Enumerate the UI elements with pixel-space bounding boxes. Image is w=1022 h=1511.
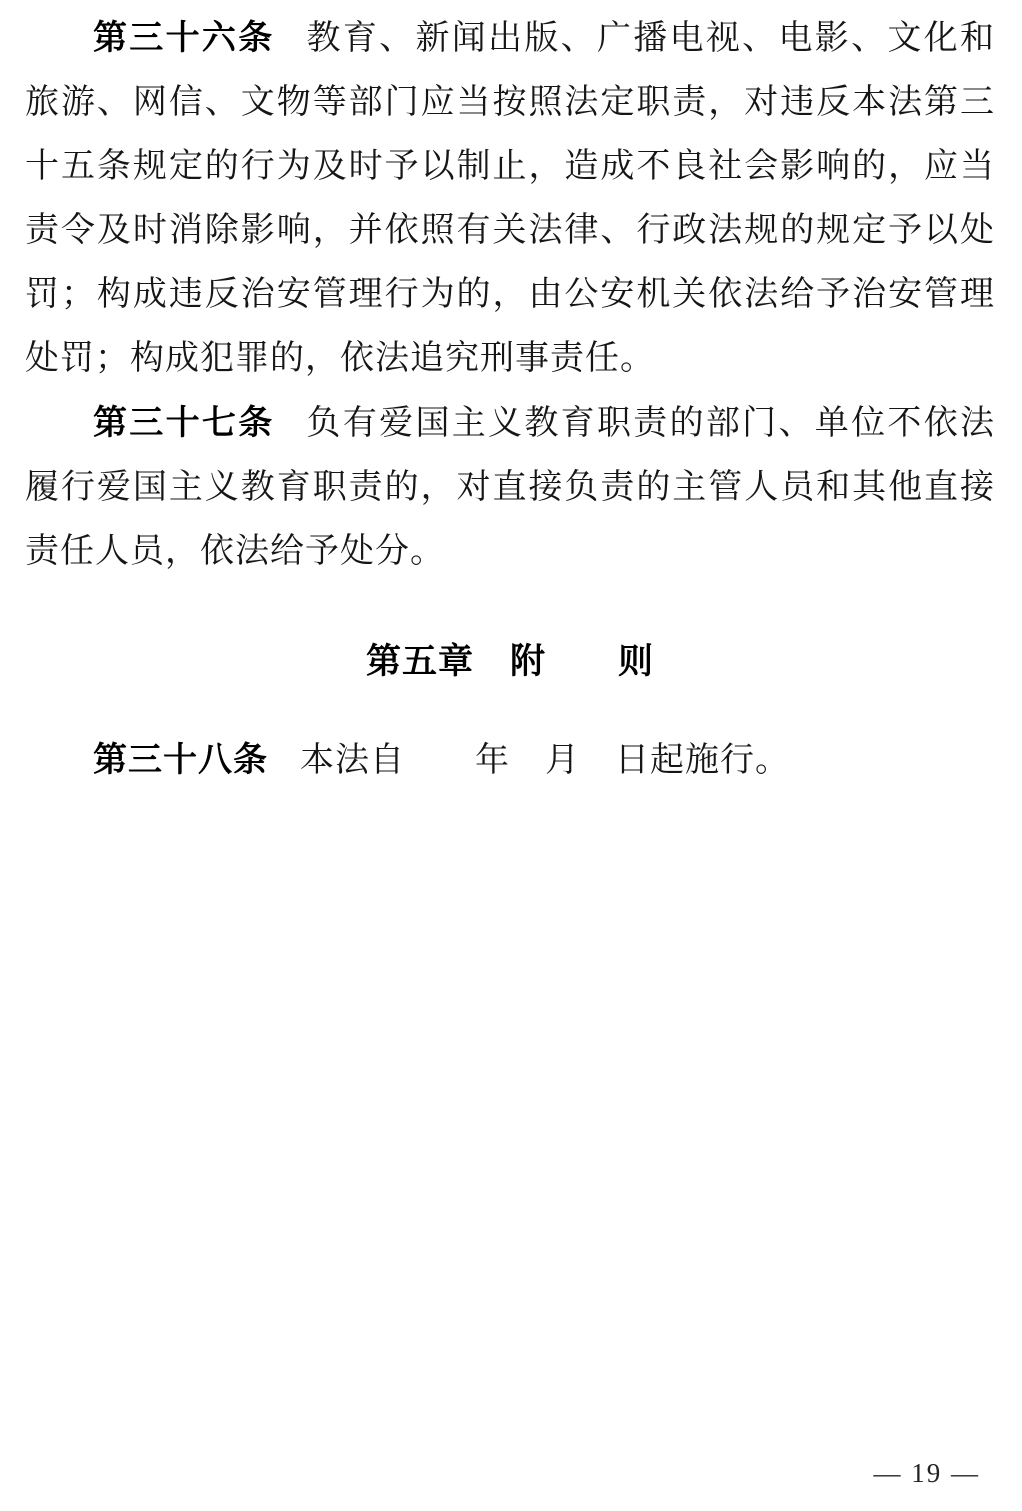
document-page: 第三十六条教育、新闻出版、广播电视、电影、文化和旅游、网信、文物等部门应当按照法… <box>0 0 1022 1511</box>
paragraph-article-36: 第三十六条教育、新闻出版、广播电视、电影、文化和旅游、网信、文物等部门应当按照法… <box>25 6 995 391</box>
article-36-body: 教育、新闻出版、广播电视、电影、文化和旅游、网信、文物等部门应当按照法定职责，对… <box>25 20 995 377</box>
paragraph-article-38: 第三十八条本法自 年 月 日起施行。 <box>25 728 995 793</box>
article-38-label: 第三十八条 <box>93 741 268 779</box>
article-38-body: 本法自 年 月 日起施行。 <box>300 742 790 779</box>
article-37-label: 第三十七条 <box>93 404 275 442</box>
paragraph-article-37: 第三十七条负有爱国主义教育职责的部门、单位不依法履行爱国主义教育职责的，对直接负… <box>25 391 995 584</box>
article-36-label: 第三十六条 <box>93 19 275 57</box>
page-number: — 19 — <box>874 1458 981 1489</box>
chapter-5-heading: 第五章 附 则 <box>25 630 995 694</box>
